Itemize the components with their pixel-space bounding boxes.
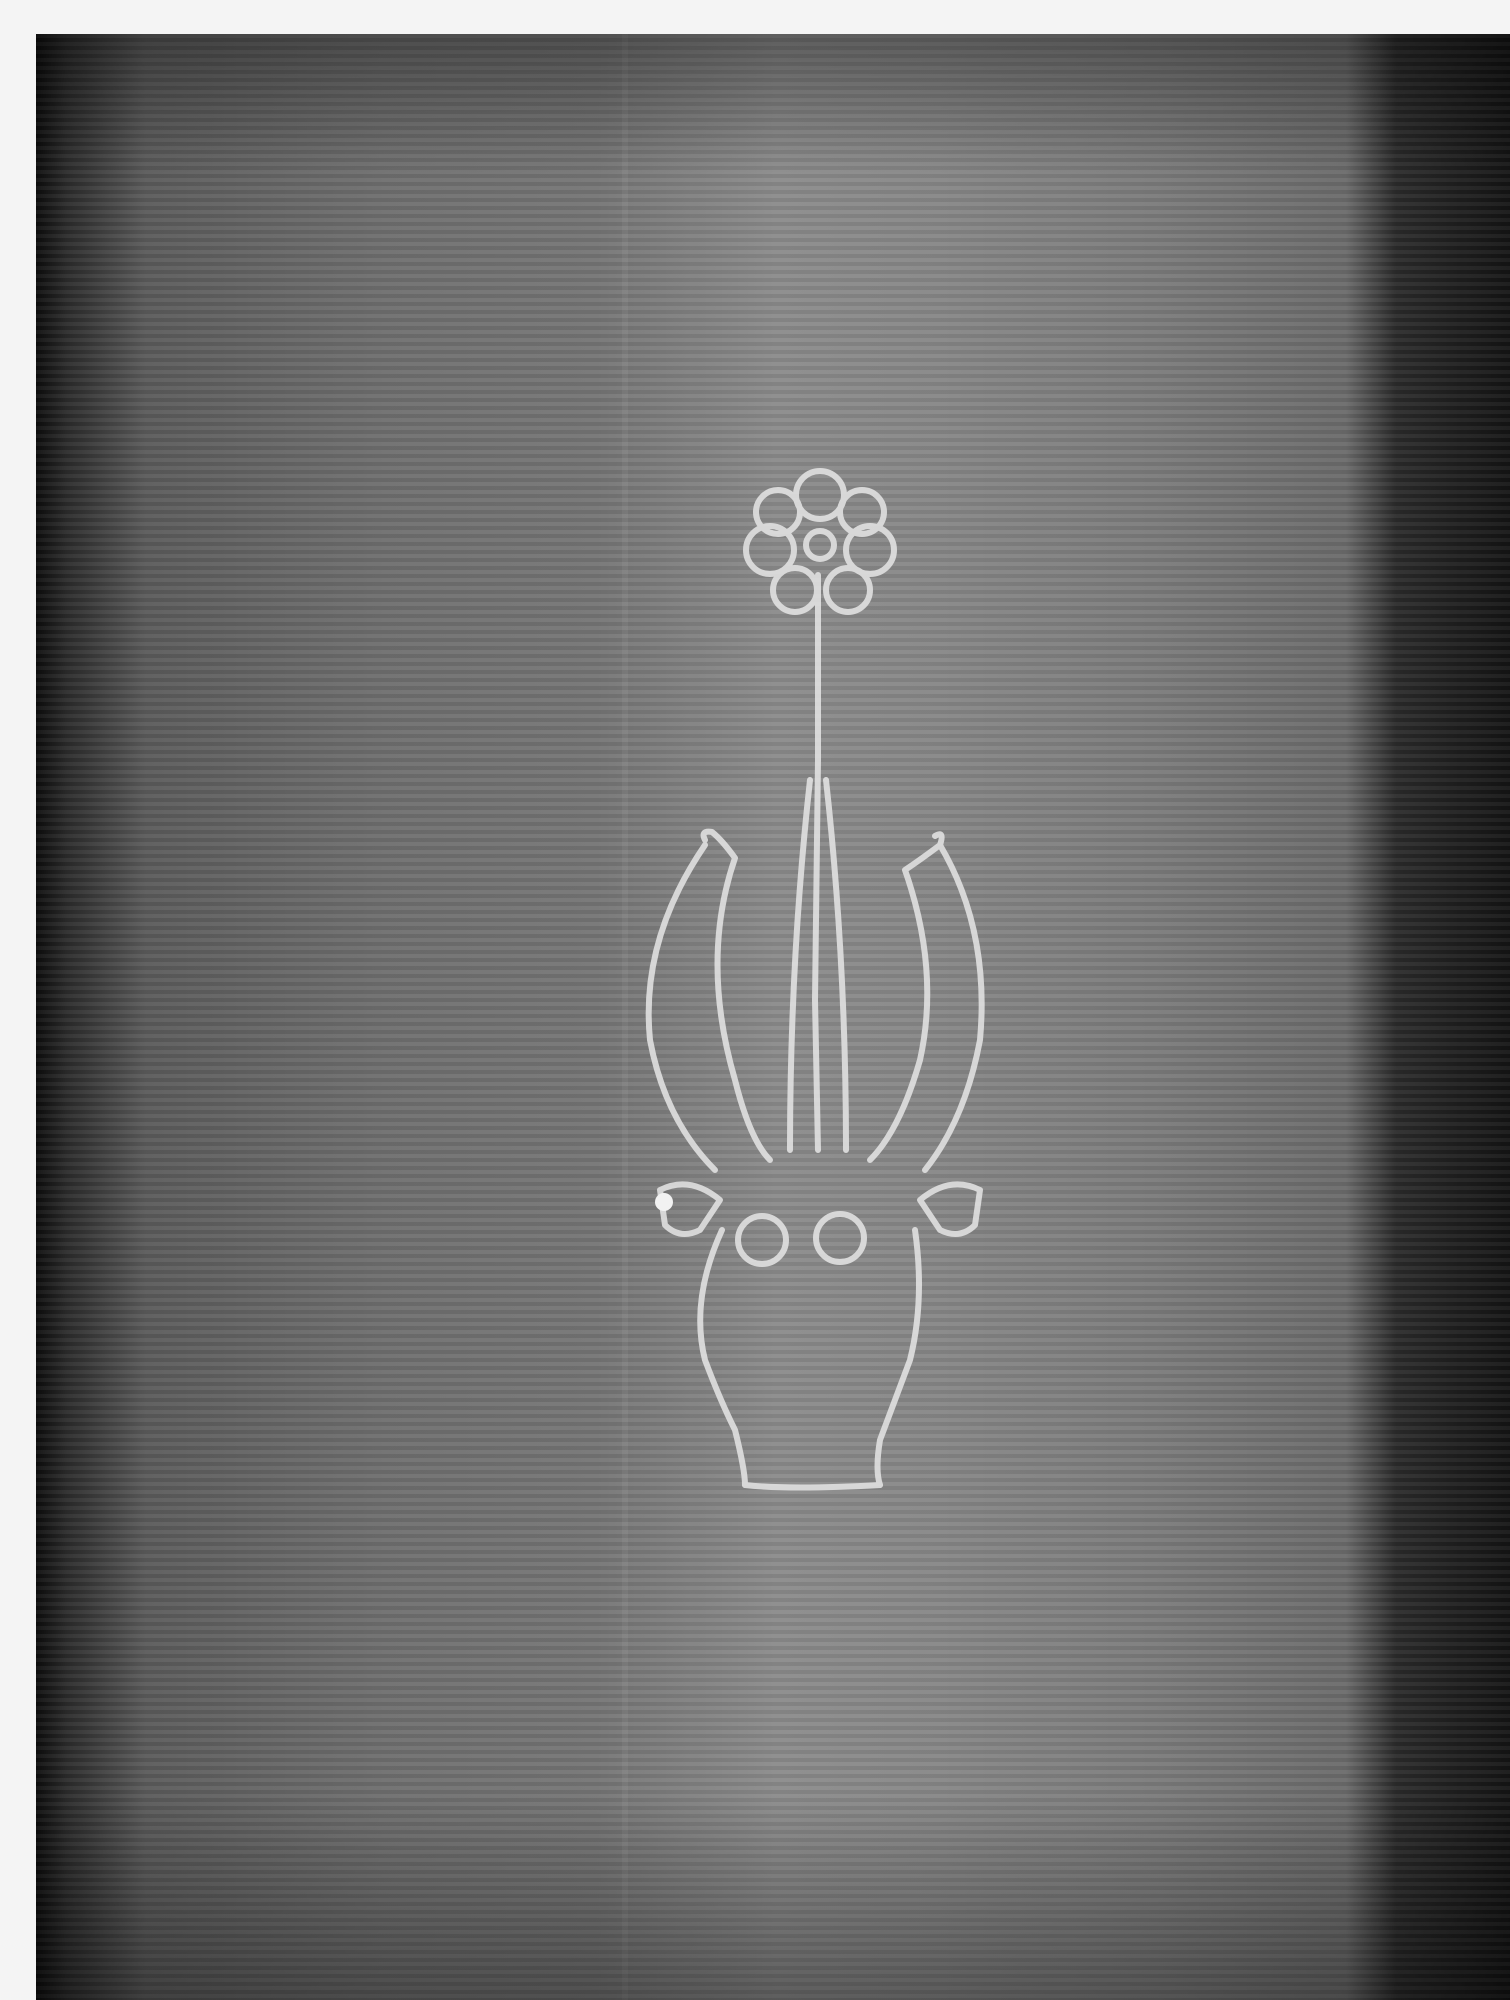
ruler-top-scale bbox=[0, 0, 1510, 34]
scanned-page bbox=[36, 34, 1510, 2000]
ruler-top bbox=[0, 0, 1510, 34]
ruler-left-scale bbox=[0, 0, 36, 2000]
ruler-left bbox=[0, 0, 36, 2000]
vignette bbox=[36, 34, 1510, 2000]
